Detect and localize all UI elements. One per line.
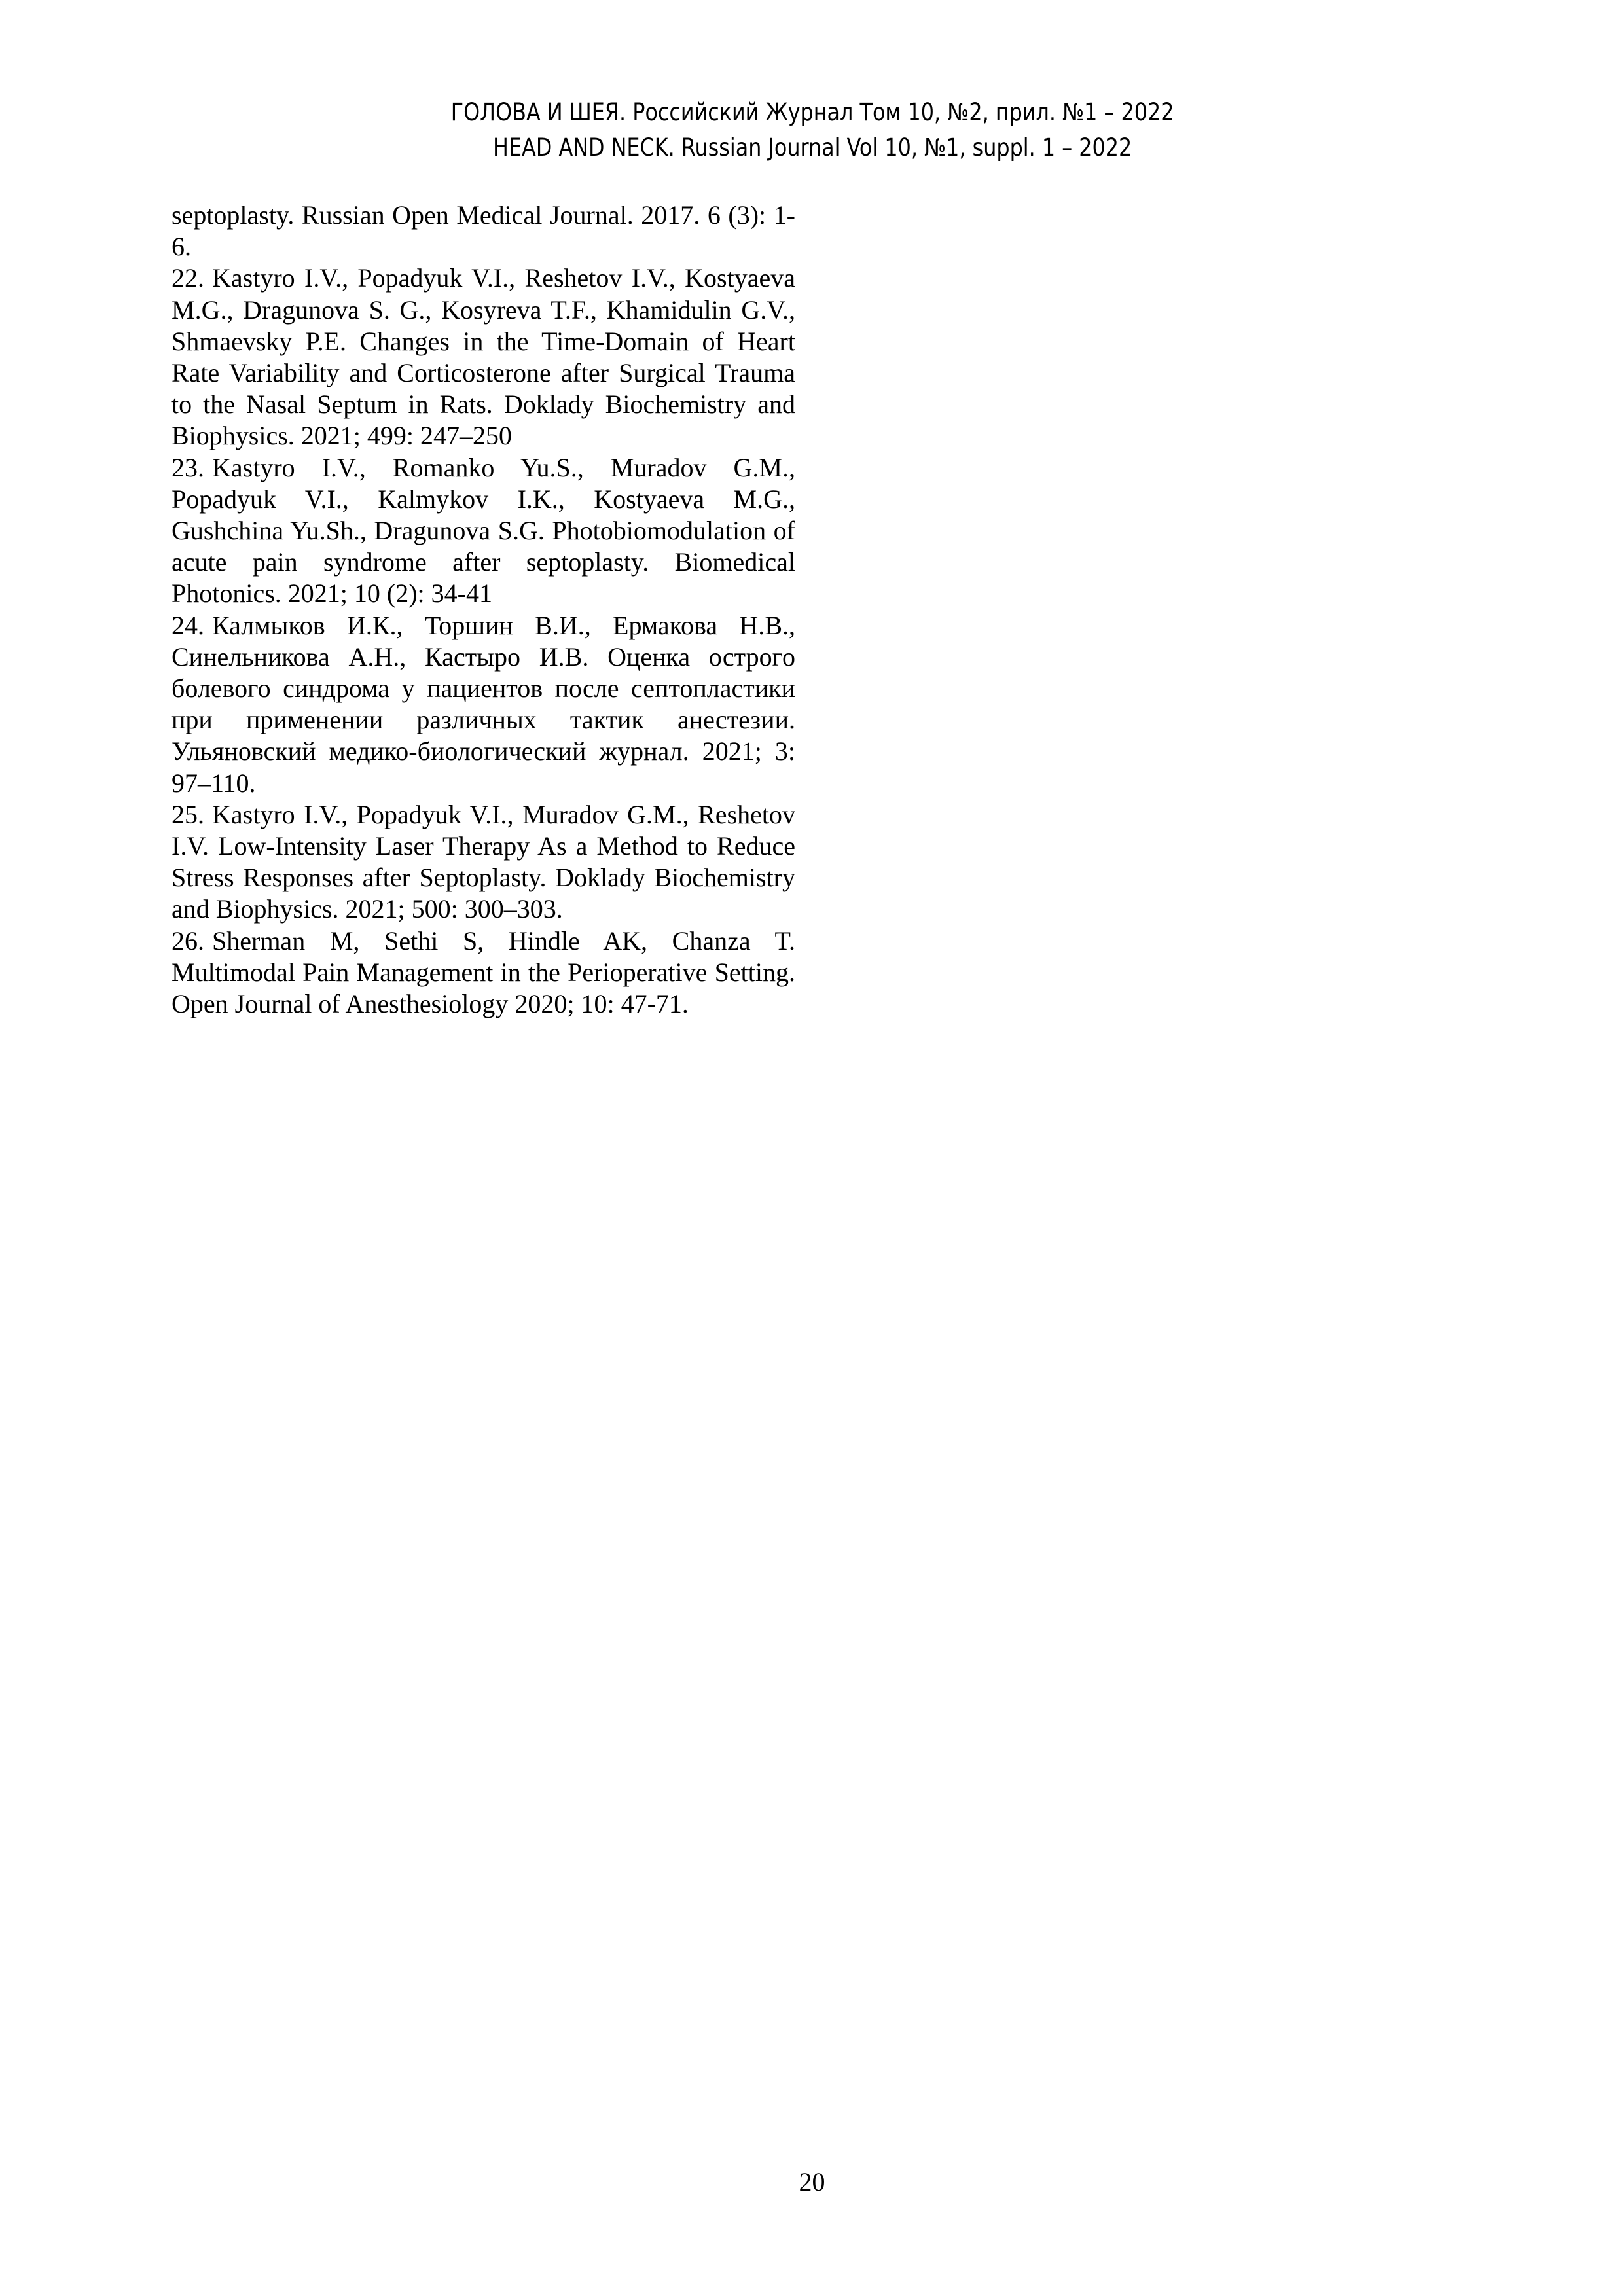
reference-text: Kastyro I.V., Popadyuk V.I., Muradov G.M… — [171, 800, 795, 924]
reference-item: 24.Калмыков И.К., Торшин В.И., Ермакова … — [171, 610, 795, 799]
reference-list: septoplasty. Russian Open Medical Journa… — [171, 200, 795, 1020]
reference-text: Kastyro I.V., Popadyuk V.I., Reshetov I.… — [171, 263, 795, 450]
page-number: 20 — [0, 2166, 1624, 2197]
reference-text: Sherman M, Sethi S, Hindle AK, Chanza T.… — [171, 926, 795, 1018]
reference-number: 25. — [171, 799, 212, 831]
reference-number: 24. — [171, 610, 212, 641]
reference-number: 23. — [171, 452, 212, 484]
reference-continuation: septoplasty. Russian Open Medical Journa… — [171, 200, 795, 262]
reference-number: 26. — [171, 925, 212, 957]
reference-item: 23.Kastyro I.V., Romanko Yu.S., Muradov … — [171, 452, 795, 610]
running-header: ГОЛОВА И ШЕЯ. Российский Журнал Том 10, … — [114, 95, 1511, 166]
reference-item: 22.Kastyro I.V., Popadyuk V.I., Reshetov… — [171, 262, 795, 452]
reference-item: 25.Kastyro I.V., Popadyuk V.I., Muradov … — [171, 799, 795, 925]
header-russian: ГОЛОВА И ШЕЯ. Российский Журнал Том 10, … — [114, 95, 1511, 130]
header-english: HEAD AND NECK. Russian Journal Vol 10, №… — [114, 130, 1511, 166]
reference-number: 22. — [171, 262, 212, 294]
reference-item: 26.Sherman M, Sethi S, Hindle AK, Chanza… — [171, 925, 795, 1020]
reference-text: Kastyro I.V., Romanko Yu.S., Muradov G.M… — [171, 453, 795, 609]
reference-text: Калмыков И.К., Торшин В.И., Ермакова Н.В… — [171, 611, 795, 798]
